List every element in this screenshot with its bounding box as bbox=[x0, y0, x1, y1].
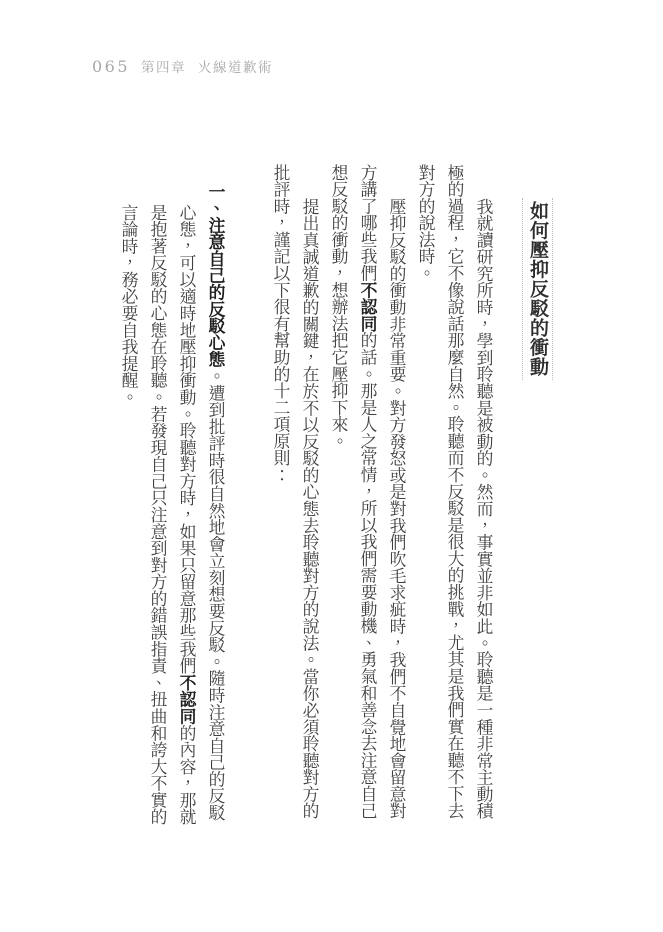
section-title-label: 火線道歉術 bbox=[198, 56, 273, 76]
article-title-text: 如何壓抑反駁的衝動 bbox=[522, 198, 553, 380]
paragraph-text: 提出真誠道歉的關鍵，在於不以反駁的心態去聆聽對方的說法。當你必須聆聽對方的批評時… bbox=[271, 164, 319, 819]
paragraph-sincere-apology-key: 提出真誠道歉的關鍵，在於不以反駁的心態去聆聽對方的說法。當你必須聆聽對方的批評時… bbox=[266, 164, 324, 830]
book-page: 065 第四章 火線道歉術 如何壓抑反駁的衝動 我就讀研究所時，學到聆聽是被動的… bbox=[0, 0, 663, 932]
principle-1-heading: 一、注意自己的反駁心態 bbox=[206, 183, 225, 368]
emphasis-disagree: 不認同 bbox=[358, 282, 377, 332]
paragraph-suppress-importance: 壓抑反駁的衝動非常重要。對方發怒或是對我們吹毛求疵時，我們不自覺地會留意對方講了… bbox=[324, 164, 411, 830]
paragraph-text: 我就讀研究所時，學到聆聽是被動的。然而，事實並非如此。聆聽是一種非常主動積極的過… bbox=[416, 164, 493, 819]
chapter-label: 第四章 bbox=[141, 56, 186, 76]
article-title: 如何壓抑反駁的衝動 bbox=[522, 164, 553, 830]
running-header: 065 第四章 火線道歉術 bbox=[92, 56, 273, 76]
page-number: 065 bbox=[92, 57, 130, 76]
principle-item-1: 一、注意自己的反駁心態。遭到批評時很自然地會立刻想要反駁。隨時注意自己的反駁心態… bbox=[114, 164, 230, 830]
article-body: 如何壓抑反駁的衝動 我就讀研究所時，學到聆聽是被動的。然而，事實並非如此。聆聽是… bbox=[83, 164, 553, 830]
paragraph-listening-active: 我就讀研究所時，學到聆聽是被動的。然而，事實並非如此。聆聽是一種非常主動積極的過… bbox=[411, 164, 498, 830]
emphasis-disagree: 不認同 bbox=[177, 674, 196, 724]
